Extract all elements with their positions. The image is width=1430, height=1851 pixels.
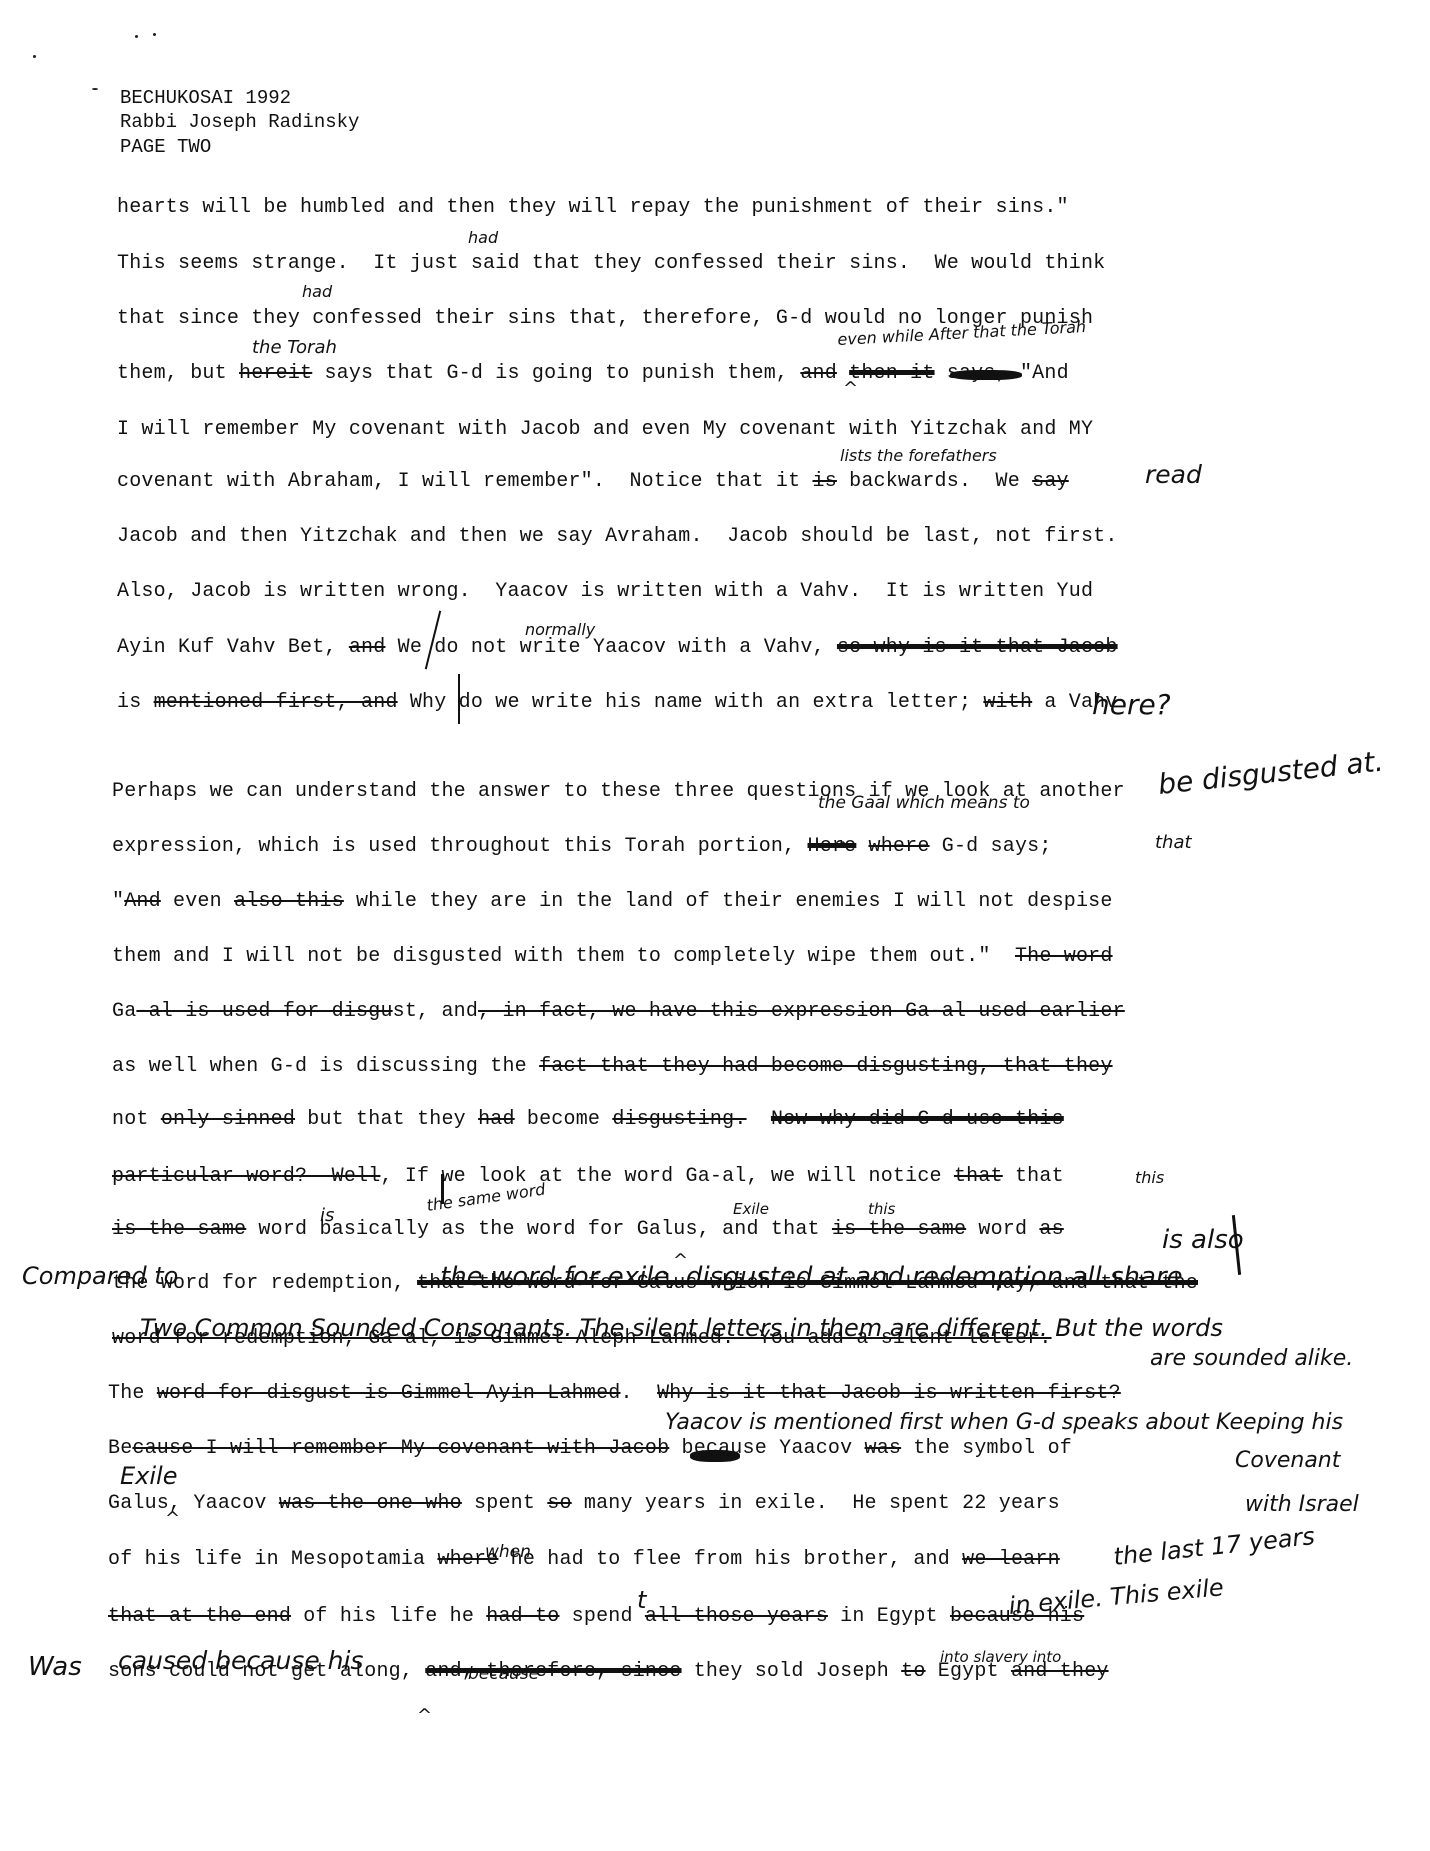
struck-text: word for disgust is Gimmel Ayin Lahmed bbox=[157, 1382, 621, 1405]
insertion-caret: ^ bbox=[835, 838, 850, 859]
text-run: The bbox=[108, 1382, 157, 1405]
text-run: Galus, Yaacov bbox=[108, 1492, 279, 1515]
text-run: he had to flee from his brother, and bbox=[498, 1548, 962, 1571]
insertion-caret: ^ bbox=[417, 1705, 432, 1726]
text-run: of his life he bbox=[291, 1605, 486, 1628]
text-line: "And even also this while they are in th… bbox=[112, 890, 1113, 913]
text-line: them, but hereit says that G-d is going … bbox=[117, 362, 1069, 385]
text-run: not bbox=[112, 1108, 161, 1131]
handwritten-note: when bbox=[485, 1542, 531, 1562]
struck-text: as bbox=[1039, 1218, 1063, 1241]
struck-text: we learn bbox=[962, 1548, 1060, 1571]
text-run: Why do we write his name with an extra l… bbox=[398, 691, 984, 714]
struck-text: was the one who bbox=[279, 1492, 462, 1515]
handwritten-note: here? bbox=[1092, 688, 1171, 721]
struck-text: that bbox=[954, 1165, 1003, 1188]
struck-text: is bbox=[813, 470, 837, 493]
handwritten-note: the word for exile, disgusted at and red… bbox=[440, 1262, 1183, 1292]
text-line: This seems strange. It just said that th… bbox=[117, 252, 1105, 275]
text-run: says that G-d is going to punish them, bbox=[312, 362, 800, 385]
struck-text: was bbox=[865, 1437, 902, 1460]
handwritten-note: are sounded alike. bbox=[1150, 1346, 1353, 1371]
insertion-caret: ^ bbox=[673, 1250, 688, 1271]
handwritten-note: the Torah bbox=[252, 337, 337, 358]
handwritten-note: is bbox=[320, 1205, 334, 1226]
struck-text: that at the end bbox=[108, 1605, 291, 1628]
text-line: Galus, Yaacov was the one who spent so m… bbox=[108, 1492, 1060, 1515]
text-line: them and I will not be disgusted with th… bbox=[112, 945, 1113, 968]
handwritten-margin-note: Compared to bbox=[22, 1262, 178, 1290]
handwritten-note: Yaacov is mentioned first when G-d speak… bbox=[665, 1410, 1343, 1435]
struck-text: And bbox=[124, 890, 161, 913]
handwritten-note: had bbox=[468, 228, 498, 247]
handwritten-note: the last 17 years bbox=[1112, 1522, 1316, 1571]
text-run: This seems strange. It just said that th… bbox=[117, 252, 1105, 275]
struck-text: had bbox=[478, 1108, 515, 1131]
text-run: word bbox=[966, 1218, 1039, 1241]
text-run: they sold Joseph bbox=[682, 1660, 902, 1683]
text-run: " bbox=[112, 890, 124, 913]
heavily-struck-text: and, therefore, since bbox=[425, 1660, 681, 1683]
struck-text: disgusting. bbox=[612, 1108, 746, 1131]
text-line: Ayin Kuf Vahv Bet, and We do not write Y… bbox=[117, 636, 1118, 659]
insertion-line bbox=[458, 674, 460, 724]
text-run: but that they bbox=[295, 1108, 478, 1131]
text-run: Ayin Kuf Vahv Bet, bbox=[117, 636, 349, 659]
text-run: many years in exile. He spent 22 years bbox=[572, 1492, 1060, 1515]
text-run bbox=[856, 835, 868, 858]
handwritten-note: Two Common Sounded Consonants. The silen… bbox=[140, 1314, 1223, 1342]
text-run: Ga bbox=[112, 1000, 136, 1023]
handwritten-note: lists the forefathers bbox=[840, 446, 997, 465]
struck-text: with bbox=[983, 691, 1032, 714]
ink-blot bbox=[690, 1450, 740, 1462]
struck-text: had to bbox=[486, 1605, 559, 1628]
text-line: Because I will remember My covenant with… bbox=[108, 1437, 1072, 1460]
text-line: The word for disgust is Gimmel Ayin Lahm… bbox=[108, 1382, 1121, 1405]
handwritten-margin-note: Covenant bbox=[1235, 1448, 1340, 1473]
handwritten-note: into slavery into bbox=[940, 1648, 1061, 1666]
handwritten-note: t bbox=[637, 1586, 646, 1614]
text-run: We do not write Yaacov with a Vahv, bbox=[385, 636, 836, 659]
struck-text: to bbox=[901, 1660, 925, 1683]
text-run: st, and bbox=[393, 1000, 478, 1023]
page-label: PAGE TWO bbox=[120, 135, 211, 159]
text-run: become bbox=[515, 1108, 613, 1131]
text-line: as well when G-d is discussing the fact … bbox=[112, 1055, 1113, 1078]
text-run: of his life in Mesopotamia bbox=[108, 1548, 437, 1571]
struck-text: is the same bbox=[832, 1218, 966, 1241]
struck-text: particular word? Well bbox=[112, 1165, 380, 1188]
text-run: even bbox=[161, 890, 234, 913]
scan-speck bbox=[135, 35, 138, 38]
text-line: not only sinned but that they had become… bbox=[112, 1108, 1064, 1131]
scanned-document-page: BECHUKOSAI 1992 Rabbi Joseph Radinsky PA… bbox=[0, 0, 1430, 1851]
text-run bbox=[747, 1108, 771, 1131]
handwritten-margin-note: with Israel bbox=[1245, 1492, 1359, 1517]
struck-text: so bbox=[547, 1492, 571, 1515]
struck-text: also this bbox=[234, 890, 344, 913]
text-run: G-d says; bbox=[930, 835, 1052, 858]
text-line: Jacob and then Yitzchak and then we say … bbox=[117, 525, 1118, 548]
text-run: them and I will not be disgusted with th… bbox=[112, 945, 1015, 968]
struck-text: Why is it that Jacob is written first? bbox=[657, 1382, 1121, 1405]
text-run: while they are in the land of their enem… bbox=[344, 890, 1113, 913]
text-run: backwards. We bbox=[837, 470, 1032, 493]
struck-text: hereit bbox=[239, 362, 312, 385]
scan-speck bbox=[92, 88, 98, 90]
ink-blot bbox=[950, 370, 1022, 380]
handwritten-note: because bbox=[468, 1664, 539, 1684]
handwritten-margin-note: Was bbox=[28, 1652, 82, 1682]
scan-speck bbox=[33, 55, 36, 58]
heavily-struck-text: so why is it that Jacob bbox=[837, 636, 1118, 659]
struck-text: mentioned first, and bbox=[154, 691, 398, 714]
text-line: of his life in Mesopotamia where he had … bbox=[108, 1548, 1060, 1571]
text-run: Jacob and then Yitzchak and then we say … bbox=[117, 525, 1118, 548]
handwritten-note: in exile. This exile bbox=[1008, 1573, 1225, 1620]
struck-text: cause I will remember My covenant with J… bbox=[132, 1437, 669, 1460]
text-line: Ga-al is used for disgust, and, in fact,… bbox=[112, 1000, 1125, 1023]
handwritten-note: the Gaal which means to bbox=[818, 793, 1030, 813]
heavily-struck-text: then it bbox=[849, 362, 934, 385]
text-run: them, but bbox=[117, 362, 239, 385]
text-run: in Egypt bbox=[828, 1605, 950, 1628]
document-title: BECHUKOSAI 1992 bbox=[120, 86, 291, 110]
text-run: Also, Jacob is written wrong. Yaacov is … bbox=[117, 580, 1093, 603]
heavily-struck-text: Now why did G-d use this bbox=[771, 1108, 1064, 1131]
text-line: covenant with Abraham, I will remember".… bbox=[117, 470, 1069, 493]
struck-text: only sinned bbox=[161, 1108, 295, 1131]
document-author: Rabbi Joseph Radinsky bbox=[120, 110, 359, 134]
text-line: is mentioned first, and Why do we write … bbox=[117, 691, 1118, 714]
text-run: . bbox=[621, 1382, 658, 1405]
handwritten-note: is also bbox=[1162, 1225, 1244, 1255]
insertion-caret: ^ bbox=[843, 378, 858, 399]
handwritten-note: had bbox=[302, 282, 332, 301]
struck-text: , in fact, we have this expression Ga-al… bbox=[478, 1000, 1125, 1023]
text-line: particular word? Well, If we look at the… bbox=[112, 1165, 1064, 1188]
handwritten-note: Exile bbox=[733, 1200, 769, 1218]
handwritten-note: that bbox=[1155, 832, 1192, 853]
text-run: as well when G-d is discussing the bbox=[112, 1055, 539, 1078]
text-run: hearts will be humbled and then they wil… bbox=[117, 196, 1069, 219]
struck-text: all those years bbox=[645, 1605, 828, 1628]
handwritten-note: normally bbox=[525, 620, 595, 639]
handwritten-note: caused because his bbox=[118, 1646, 363, 1675]
text-run: I will remember My covenant with Jacob a… bbox=[117, 418, 1093, 441]
struck-text: where bbox=[869, 835, 930, 858]
handwritten-note: be disgusted at. bbox=[1157, 745, 1385, 801]
text-run: that bbox=[1003, 1165, 1064, 1188]
struck-text: is the same bbox=[112, 1218, 246, 1241]
text-run: spent bbox=[462, 1492, 547, 1515]
handwritten-note: read bbox=[1145, 460, 1202, 489]
struck-text: and bbox=[800, 362, 837, 385]
text-line: Also, Jacob is written wrong. Yaacov is … bbox=[117, 580, 1093, 603]
text-run: Be bbox=[108, 1437, 132, 1460]
text-run: is bbox=[117, 691, 154, 714]
text-line: is the same word basically as the word f… bbox=[112, 1218, 1064, 1241]
insertion-line bbox=[441, 1174, 444, 1204]
struck-text: fact that they had become disgusting, th… bbox=[539, 1055, 1113, 1078]
text-line: expression, which is used throughout thi… bbox=[112, 835, 1052, 858]
text-run: spend bbox=[559, 1605, 644, 1628]
struck-text: -al is used for disgu bbox=[136, 1000, 392, 1023]
scan-speck bbox=[153, 33, 156, 36]
text-line: that at the end of his life he had to sp… bbox=[108, 1605, 1084, 1628]
text-line: hearts will be humbled and then they wil… bbox=[117, 196, 1069, 219]
struck-text: say bbox=[1032, 470, 1069, 493]
text-run: expression, which is used throughout thi… bbox=[112, 835, 808, 858]
struck-text: and bbox=[349, 636, 386, 659]
text-run: , If we look at the word Ga-al, we will … bbox=[380, 1165, 954, 1188]
text-run: the symbol of bbox=[901, 1437, 1072, 1460]
handwritten-note: this bbox=[868, 1200, 895, 1218]
text-line: I will remember My covenant with Jacob a… bbox=[117, 418, 1093, 441]
text-run: covenant with Abraham, I will remember".… bbox=[117, 470, 813, 493]
handwritten-note: Exile bbox=[120, 1462, 177, 1490]
handwritten-note: this bbox=[1135, 1168, 1164, 1187]
insertion-caret: ^ bbox=[165, 1508, 180, 1529]
struck-text: The word bbox=[1015, 945, 1113, 968]
